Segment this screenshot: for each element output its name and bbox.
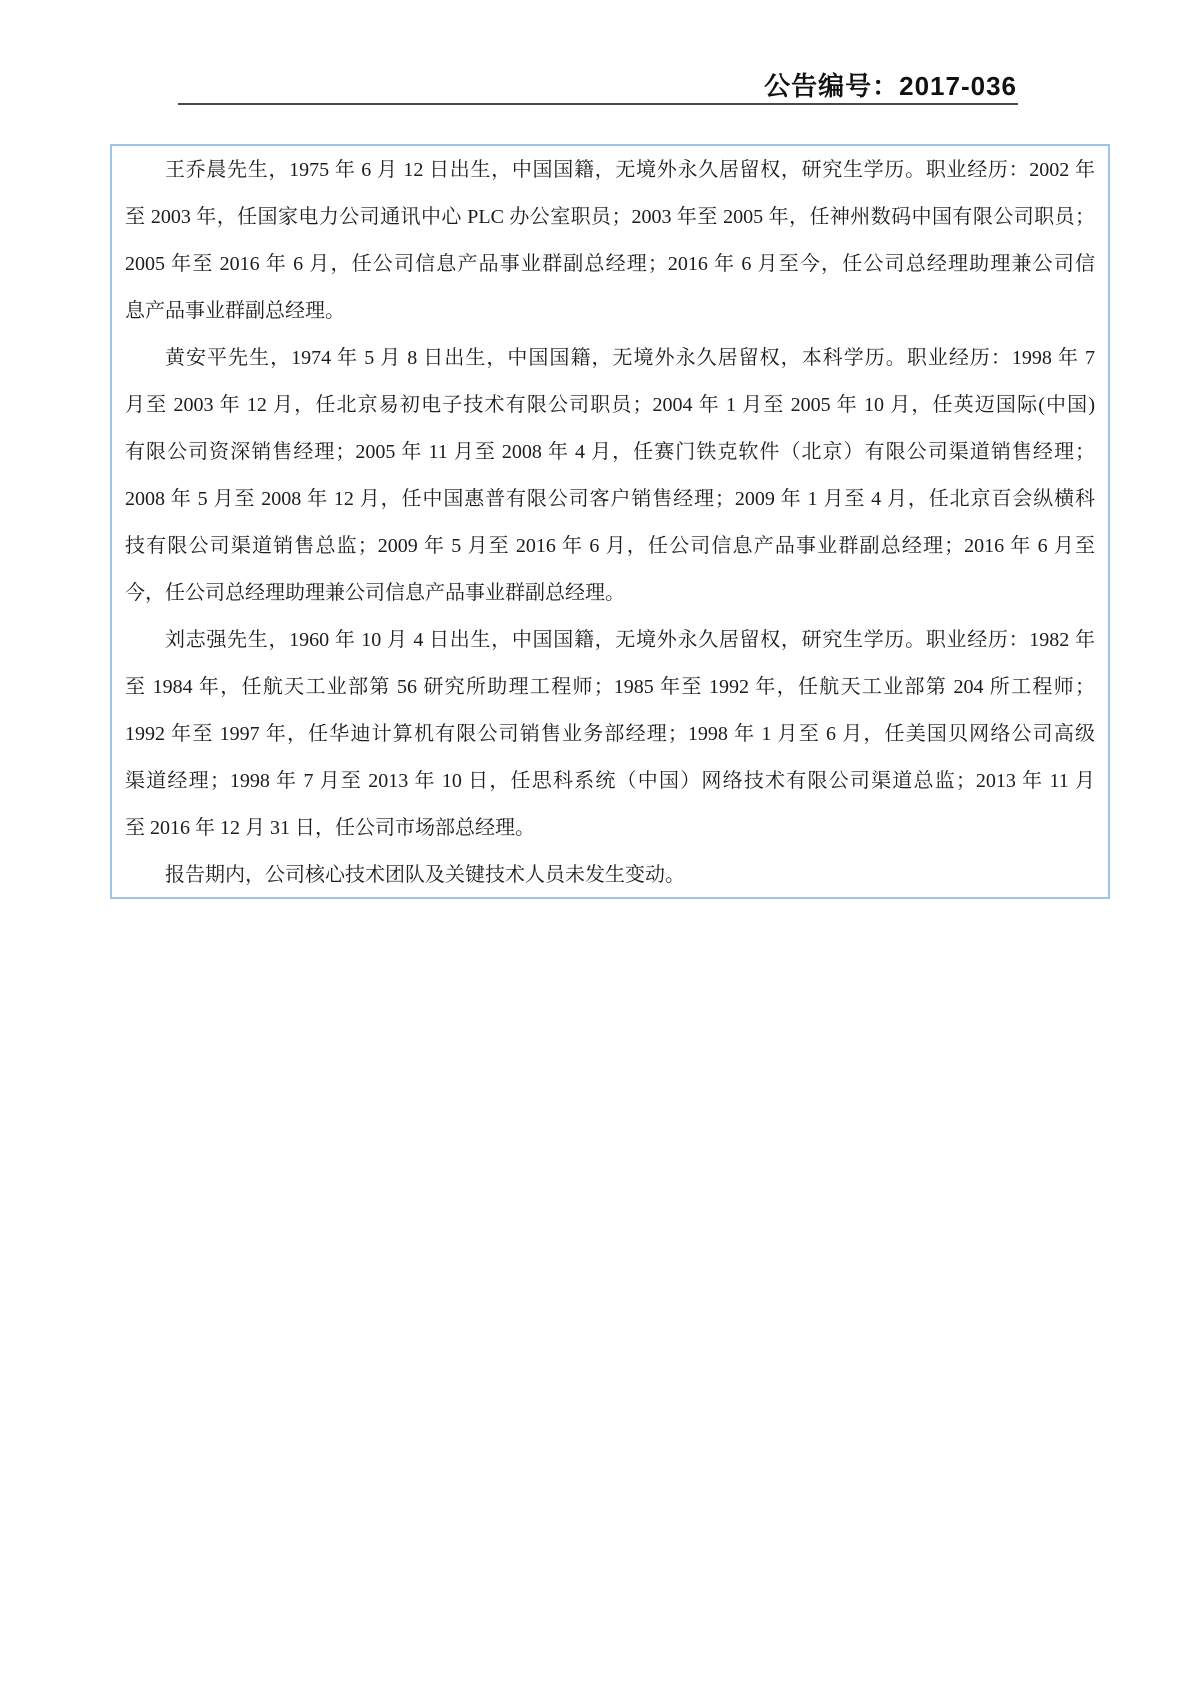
announcement-number: 公告编号：2017-036: [764, 66, 1017, 103]
text-line: 王乔晨先生，1975 年 6 月 12 日出生，中国国籍，无境外永久居留权，研究…: [125, 147, 1095, 194]
content-box: 王乔晨先生，1975 年 6 月 12 日出生，中国国籍，无境外永久居留权，研究…: [110, 144, 1110, 899]
paragraph-wang-qiaochen: 王乔晨先生，1975 年 6 月 12 日出生，中国国籍，无境外永久居留权，研究…: [125, 147, 1095, 335]
paragraph-huang-anping: 黄安平先生，1974 年 5 月 8 日出生，中国国籍，无境外永久居留权，本科学…: [125, 335, 1095, 617]
text-line: 至 1984 年，任航天工业部第 56 研究所助理工程师；1985 年至 199…: [125, 664, 1095, 711]
header-rule: [178, 103, 1018, 105]
text-line: 技有限公司渠道销售总监；2009 年 5 月至 2016 年 6 月，任公司信息…: [125, 523, 1095, 570]
page-header: 公告编号：2017-036: [0, 0, 1200, 110]
paragraph-report-period-note: 报告期内，公司核心技术团队及关键技术人员未发生变动。: [125, 852, 1095, 899]
text-line: 刘志强先生，1960 年 10 月 4 日出生，中国国籍，无境外永久居留权，研究…: [125, 617, 1095, 664]
page: 公告编号：2017-036 王乔晨先生，1975 年 6 月 12 日出生，中国…: [0, 0, 1200, 1696]
text-line: 至 2016 年 12 月 31 日，任公司市场部总经理。: [125, 805, 1095, 852]
text-line: 渠道经理；1998 年 7 月至 2013 年 10 日，任思科系统（中国）网络…: [125, 758, 1095, 805]
text-line: 2008 年 5 月至 2008 年 12 月，任中国惠普有限公司客户销售经理；…: [125, 476, 1095, 523]
text-line: 至 2003 年，任国家电力公司通讯中心 PLC 办公室职员；2003 年至 2…: [125, 194, 1095, 241]
text-line: 1992 年至 1997 年，任华迪计算机有限公司销售业务部经理；1998 年 …: [125, 711, 1095, 758]
text-line: 黄安平先生，1974 年 5 月 8 日出生，中国国籍，无境外永久居留权，本科学…: [125, 335, 1095, 382]
paragraph-liu-zhiqiang: 刘志强先生，1960 年 10 月 4 日出生，中国国籍，无境外永久居留权，研究…: [125, 617, 1095, 852]
text-line: 月至 2003 年 12 月，任北京易初电子技术有限公司职员；2004 年 1 …: [125, 382, 1095, 429]
text-line: 2005 年至 2016 年 6 月，任公司信息产品事业群副总经理；2016 年…: [125, 241, 1095, 288]
text-line: 有限公司资深销售经理；2005 年 11 月至 2008 年 4 月，任赛门铁克…: [125, 429, 1095, 476]
text-line: 报告期内，公司核心技术团队及关键技术人员未发生变动。: [125, 852, 1095, 899]
text-line: 息产品事业群副总经理。: [125, 288, 1095, 335]
text-line: 今，任公司总经理助理兼公司信息产品事业群副总经理。: [125, 570, 1095, 617]
